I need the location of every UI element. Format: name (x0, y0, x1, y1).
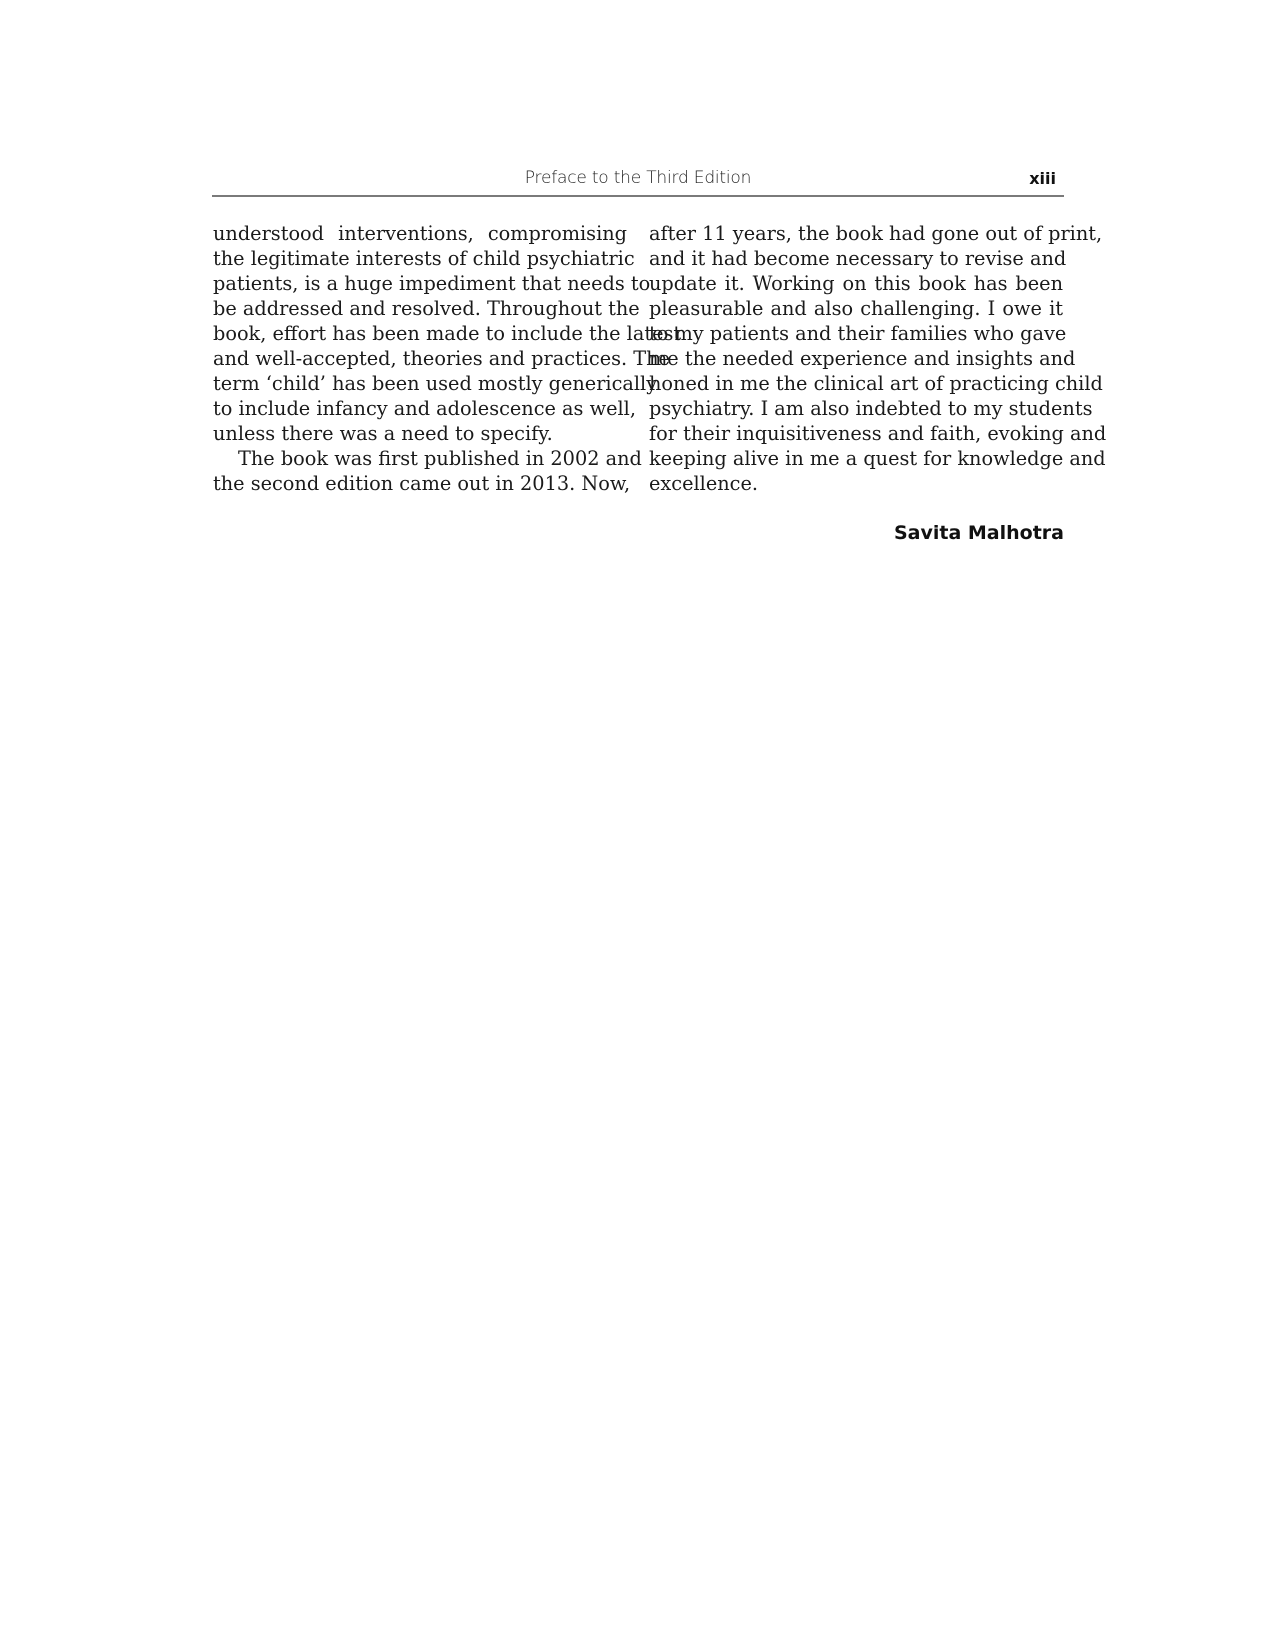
text-line: keeping alive in me a quest for knowledg… (649, 446, 1063, 471)
text-line: pleasurable and also challenging. I owe … (649, 296, 1063, 321)
text-line: for their inquisitiveness and faith, evo… (649, 421, 1063, 446)
text-line: understood interventions, compromising (213, 221, 627, 246)
left-column: understood interventions, compromising t… (213, 221, 627, 496)
text-line: book, effort has been made to include th… (213, 321, 627, 346)
text-line: and well-accepted, theories and practice… (213, 346, 627, 371)
right-column: after 11 years, the book had gone out of… (649, 221, 1063, 496)
text-line: be addressed and resolved. Throughout th… (213, 296, 627, 321)
text-line: honed in me the clinical art of practici… (649, 371, 1063, 396)
text-line: me the needed experience and insights an… (649, 346, 1063, 371)
text-line: term ‘child’ has been used mostly generi… (213, 371, 627, 396)
text-line: to include infancy and adolescence as we… (213, 396, 627, 421)
header-rule (212, 195, 1064, 197)
author-signature: Savita Malhotra (894, 522, 1064, 544)
text-line: the legitimate interests of child psychi… (213, 246, 627, 271)
paragraph-start-line: The book was first published in 2002 and (213, 446, 627, 471)
running-header: Preface to the Third Edition xiii (212, 168, 1064, 194)
text-line: unless there was a need to specify. (213, 421, 627, 446)
page-number: xiii (1029, 169, 1056, 188)
text-line: the second edition came out in 2013. Now… (213, 471, 627, 496)
text-line: update it. Working on this book has been (649, 271, 1063, 296)
running-title: Preface to the Third Edition (212, 168, 1064, 188)
text-line: to my patients and their families who ga… (649, 321, 1063, 346)
text-line: after 11 years, the book had gone out of… (649, 221, 1063, 246)
document-page: Preface to the Third Edition xiii unders… (0, 0, 1275, 1650)
text-line: patients, is a huge impediment that need… (213, 271, 627, 296)
text-line: psychiatry. I am also indebted to my stu… (649, 396, 1063, 421)
text-line: and it had become necessary to revise an… (649, 246, 1063, 271)
text-line: excellence. (649, 471, 1063, 496)
